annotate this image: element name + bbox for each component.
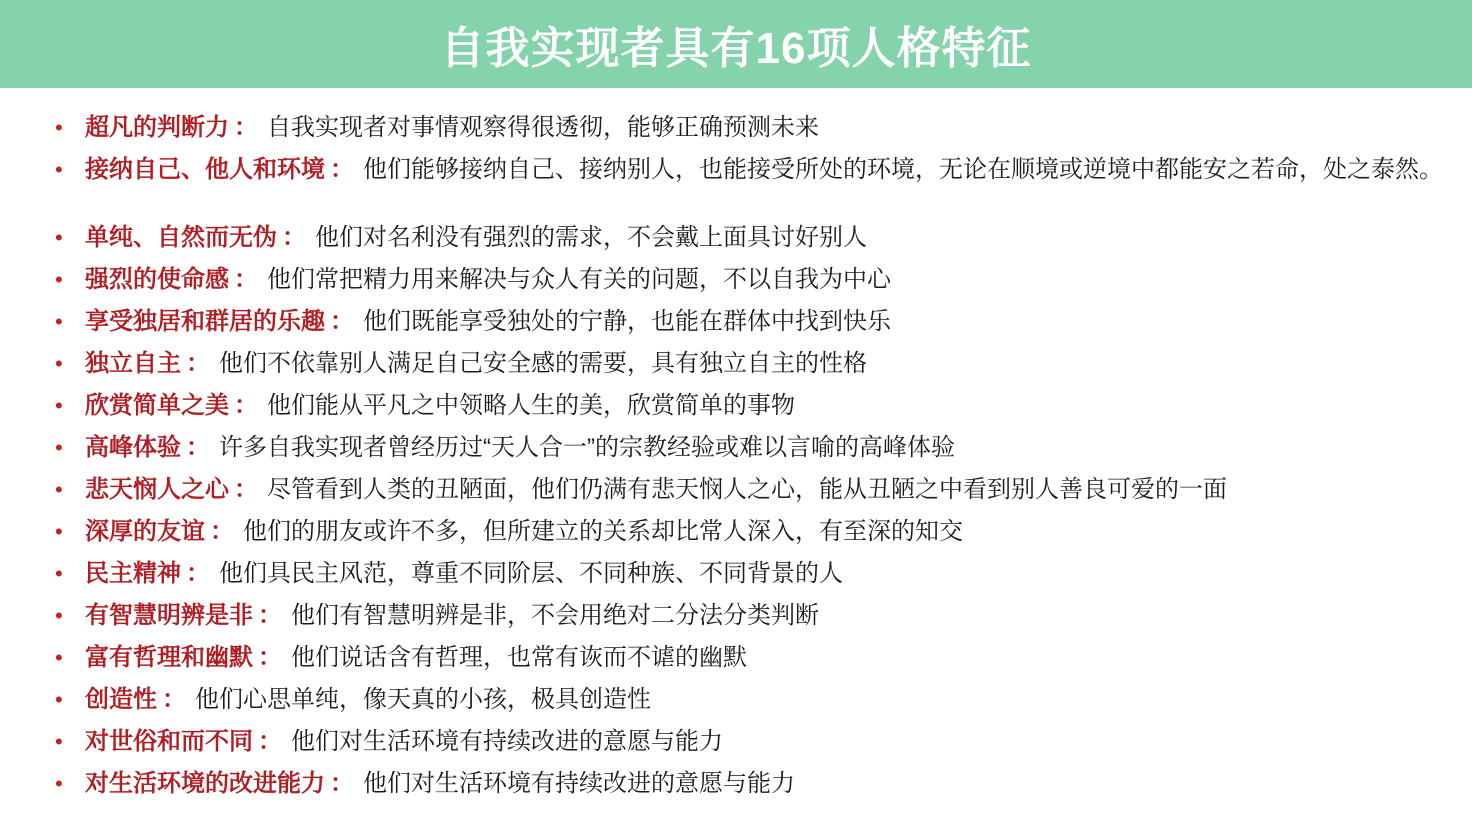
trait-desc: 许多自我实现者曾经历过“天人合一”的宗教经验或难以言喻的高峰体验: [219, 427, 955, 469]
trait-desc: 他们能从平凡之中领略人生的美，欣赏简单的事物: [267, 385, 795, 427]
bullet-icon: •: [55, 553, 85, 595]
trait-colon: ：: [210, 511, 234, 553]
trait-colon: ：: [282, 217, 306, 259]
trait-colon: ：: [234, 385, 258, 427]
trait-term: 有智慧明辨是非: [85, 595, 253, 637]
trait-desc: 他们对生活环境有持续改进的意愿与能力: [291, 721, 723, 763]
trait-desc: 他们既能享受独处的宁静，也能在群体中找到快乐: [363, 301, 891, 343]
trait-desc: 他们具民主风范，尊重不同阶层、不同种族、不同背景的人: [219, 553, 843, 595]
trait-colon: ：: [186, 343, 210, 385]
trait-desc: 他们的朋友或许不多，但所建立的关系却比常人深入，有至深的知交: [243, 511, 963, 553]
list-item: •悲天悯人之心：尽管看到人类的丑陋面，他们仍满有悲天悯人之心，能从丑陋之中看到别…: [55, 469, 1472, 511]
trait-term: 接纳自己、他人和环境: [85, 149, 325, 191]
trait-term: 欣赏简单之美: [85, 385, 229, 427]
list-item: •富有哲理和幽默：他们说话含有哲理，也常有诙而不谑的幽默: [55, 637, 1472, 679]
trait-colon: ：: [234, 107, 258, 149]
list-item: •对生活环境的改进能力：他们对生活环境有持续改进的意愿与能力: [55, 763, 1472, 805]
trait-colon: ：: [234, 259, 258, 301]
bullet-icon: •: [55, 343, 85, 385]
list-item: •单纯、自然而无伪：他们对名利没有强烈的需求，不会戴上面具讨好别人: [55, 217, 1472, 259]
list-item: •享受独居和群居的乐趣：他们既能享受独处的宁静，也能在群体中找到快乐: [55, 301, 1472, 343]
list-item: •欣赏简单之美：他们能从平凡之中领略人生的美，欣赏简单的事物: [55, 385, 1472, 427]
trait-term: 独立自主: [85, 343, 181, 385]
trait-term: 享受独居和群居的乐趣: [85, 301, 325, 343]
list-item: •有智慧明辨是非：他们有智慧明辨是非，不会用绝对二分法分类判断: [55, 595, 1472, 637]
list-item: •独立自主：他们不依靠别人满足自己安全感的需要，具有独立自主的性格: [55, 343, 1472, 385]
trait-term: 创造性: [85, 679, 157, 721]
trait-desc: 他们对名利没有强烈的需求，不会戴上面具讨好别人: [315, 217, 867, 259]
trait-colon: ：: [186, 427, 210, 469]
trait-desc: 尽管看到人类的丑陋面，他们仍满有悲天悯人之心，能从丑陋之中看到别人善良可爱的一面: [267, 469, 1227, 511]
trait-term: 对生活环境的改进能力: [85, 763, 325, 805]
list-item: •超凡的判断力：自我实现者对事情观察得很透彻，能够正确预测未来: [55, 107, 1472, 149]
trait-desc: 他们常把精力用来解决与众人有关的问题，不以自我为中心: [267, 259, 891, 301]
trait-desc: 他们能够接纳自己、接纳别人，也能接受所处的环境，无论在顺境或逆境中都能安之若命，…: [363, 149, 1443, 191]
list-item: •接纳自己、他人和环境：他们能够接纳自己、接纳别人，也能接受所处的环境，无论在顺…: [55, 149, 1472, 191]
trait-desc: 自我实现者对事情观察得很透彻，能够正确预测未来: [267, 107, 819, 149]
trait-desc: 他们不依靠别人满足自己安全感的需要，具有独立自主的性格: [219, 343, 867, 385]
trait-term: 深厚的友谊: [85, 511, 205, 553]
slide-body: •超凡的判断力：自我实现者对事情观察得很透彻，能够正确预测未来•接纳自己、他人和…: [0, 88, 1472, 805]
bullet-icon: •: [55, 511, 85, 553]
list-item: •深厚的友谊：他们的朋友或许不多，但所建立的关系却比常人深入，有至深的知交: [55, 511, 1472, 553]
trait-term: 对世俗和而不同: [85, 721, 253, 763]
bullet-icon: •: [55, 385, 85, 427]
trait-colon: ：: [162, 679, 186, 721]
slide-header: 自我实现者具有16项人格特征: [0, 0, 1472, 88]
trait-term: 高峰体验: [85, 427, 181, 469]
list-item: •对世俗和而不同：他们对生活环境有持续改进的意愿与能力: [55, 721, 1472, 763]
trait-colon: ：: [234, 469, 258, 511]
trait-colon: ：: [258, 721, 282, 763]
trait-term: 超凡的判断力: [85, 107, 229, 149]
list-item: •强烈的使命感：他们常把精力用来解决与众人有关的问题，不以自我为中心: [55, 259, 1472, 301]
traits-list: •超凡的判断力：自我实现者对事情观察得很透彻，能够正确预测未来•接纳自己、他人和…: [55, 107, 1472, 805]
bullet-icon: •: [55, 721, 85, 763]
trait-term: 强烈的使命感: [85, 259, 229, 301]
page-title: 自我实现者具有16项人格特征: [441, 12, 1032, 76]
bullet-icon: •: [55, 427, 85, 469]
trait-colon: ：: [330, 763, 354, 805]
trait-desc: 他们对生活环境有持续改进的意愿与能力: [363, 763, 795, 805]
bullet-icon: •: [55, 763, 85, 805]
trait-desc: 他们有智慧明辨是非，不会用绝对二分法分类判断: [291, 595, 819, 637]
trait-desc: 他们说话含有哲理，也常有诙而不谑的幽默: [291, 637, 747, 679]
bullet-icon: •: [55, 679, 85, 721]
list-item: •民主精神：他们具民主风范，尊重不同阶层、不同种族、不同背景的人: [55, 553, 1472, 595]
trait-term: 民主精神: [85, 553, 181, 595]
trait-colon: ：: [258, 595, 282, 637]
bullet-icon: •: [55, 107, 85, 149]
trait-term: 富有哲理和幽默: [85, 637, 253, 679]
bullet-icon: •: [55, 149, 85, 191]
bullet-icon: •: [55, 217, 85, 259]
trait-desc: 他们心思单纯，像天真的小孩，极具创造性: [195, 679, 651, 721]
trait-colon: ：: [186, 553, 210, 595]
list-item: •创造性：他们心思单纯，像天真的小孩，极具创造性: [55, 679, 1472, 721]
trait-term: 单纯、自然而无伪: [85, 217, 277, 259]
trait-colon: ：: [258, 637, 282, 679]
trait-colon: ：: [330, 149, 354, 191]
bullet-icon: •: [55, 637, 85, 679]
bullet-icon: •: [55, 259, 85, 301]
bullet-icon: •: [55, 595, 85, 637]
bullet-icon: •: [55, 469, 85, 511]
trait-term: 悲天悯人之心: [85, 469, 229, 511]
list-item: •高峰体验：许多自我实现者曾经历过“天人合一”的宗教经验或难以言喻的高峰体验: [55, 427, 1472, 469]
bullet-icon: •: [55, 301, 85, 343]
trait-colon: ：: [330, 301, 354, 343]
